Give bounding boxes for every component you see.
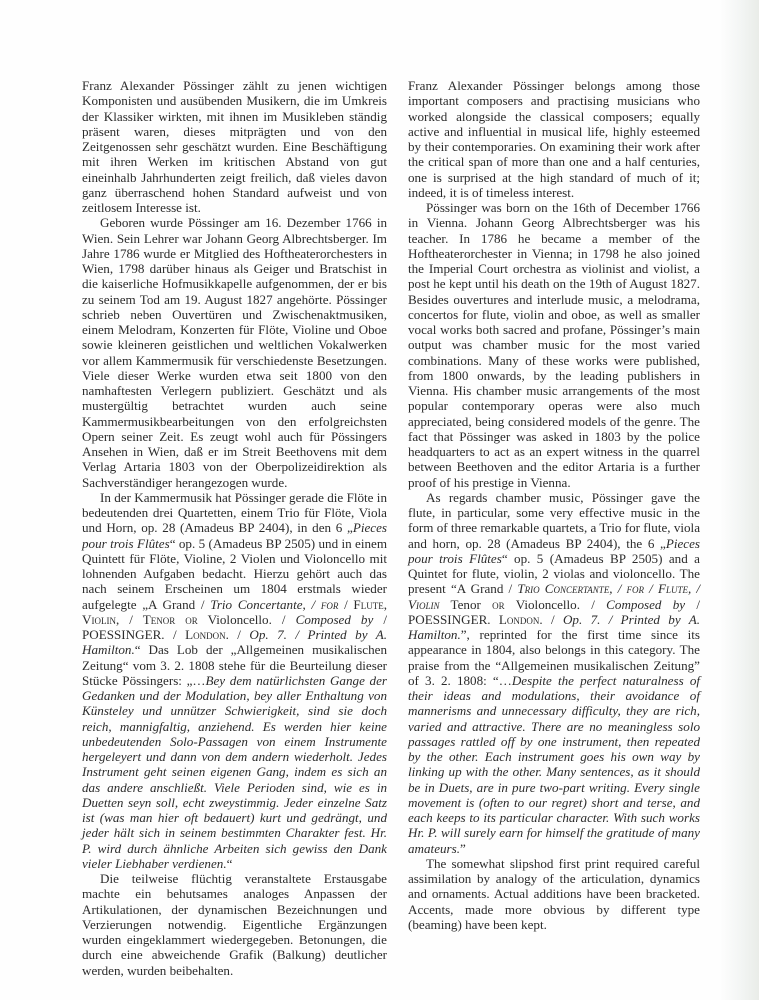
title-page-italic: Composed by — [296, 612, 374, 627]
title-page-smallcaps: for — [321, 597, 339, 612]
german-paragraph-chamber-music: In der Kammermusik hat Pössinger gerade … — [82, 490, 387, 871]
english-paragraph-chamber-music: As regards chamber music, Pössinger gave… — [408, 490, 700, 856]
text-run: In der Kammermusik hat Pössinger gerade … — [82, 490, 387, 536]
german-column: Franz Alexander Pössinger zählt zu jenen… — [82, 78, 387, 978]
english-paragraph-biography: Pössinger was born on the 16th of Decemb… — [408, 200, 700, 490]
english-column: Franz Alexander Pössinger belongs among … — [408, 78, 700, 932]
english-paragraph-intro: Franz Alexander Pössinger belongs among … — [408, 78, 700, 200]
english-paragraph-edition-notes: The somewhat slipshod first print requir… — [408, 856, 700, 932]
text-run: Violoncello. / — [198, 612, 296, 627]
review-quote: Despite the perfect naturalness of their… — [408, 673, 700, 856]
title-page-smallcaps: or — [492, 597, 505, 612]
text-run: ” — [460, 841, 466, 856]
title-page-smallcaps: or — [185, 612, 198, 627]
german-paragraph-edition-notes: Die teilweise flüchtig veranstaltete Ers… — [82, 871, 387, 978]
page-edge-shadow — [719, 0, 759, 1000]
title-page-italic: Composed by — [606, 597, 685, 612]
german-paragraph-biography: Geboren wurde Pössinger am 16. Dezember … — [82, 215, 387, 490]
title-page-italic: Trio Concertante, / — [210, 597, 321, 612]
text-run: Violoncello. / — [505, 597, 607, 612]
review-quote: Bey dem natürlichsten Gange der Gedanken… — [82, 673, 387, 871]
german-paragraph-intro: Franz Alexander Pössinger zählt zu jenen… — [82, 78, 387, 215]
text-run: Tenor — [440, 597, 493, 612]
text-run: “ — [227, 856, 233, 871]
text-run: As regards chamber music, Pössinger gave… — [408, 490, 700, 551]
